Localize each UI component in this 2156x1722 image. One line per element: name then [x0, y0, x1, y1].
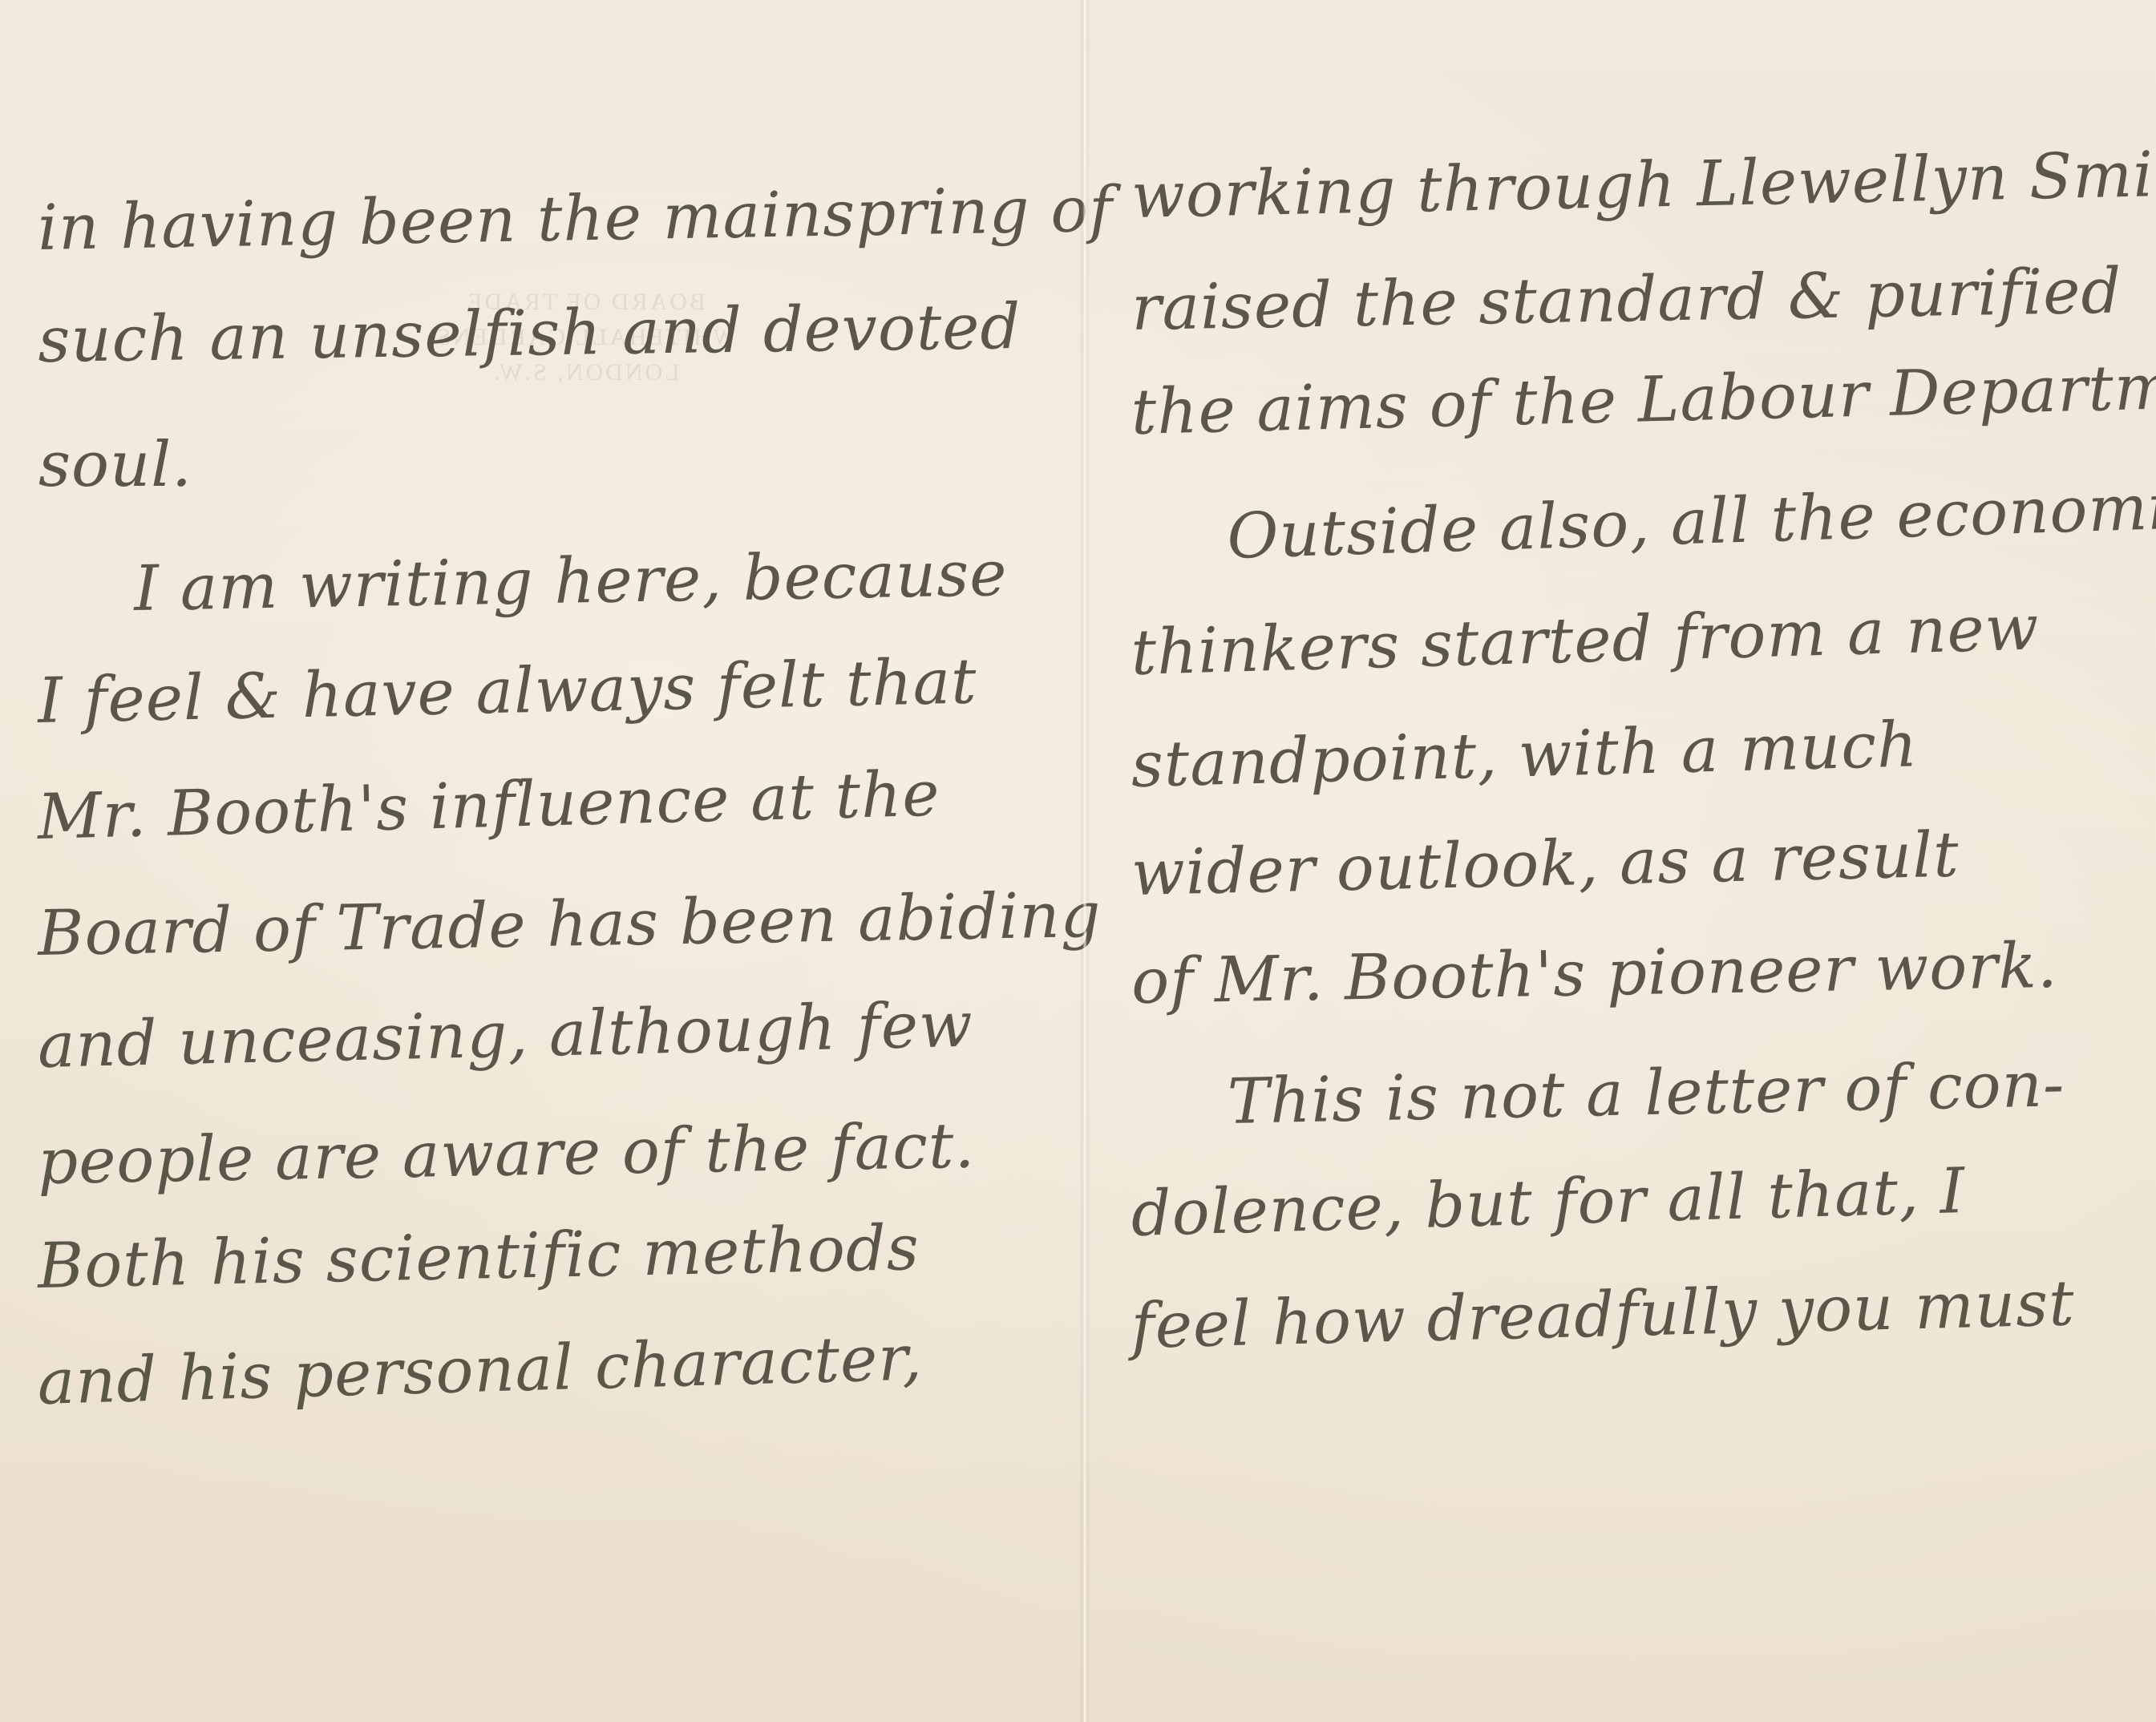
handwritten-line: I feel & have always felt that [37, 645, 977, 738]
handwritten-line: raised the standard & purified [1131, 255, 2122, 345]
handwritten-line: Outside also, all the economic [1226, 471, 2156, 573]
handwritten-line: working through Llewellyn Smith, [1131, 137, 2156, 232]
handwritten-line: in having been the mainspring of [37, 174, 1114, 265]
right-page: working through Llewellyn Smith, raised … [1084, 0, 2156, 1722]
handwritten-line: wider outlook, as a result [1131, 819, 1960, 910]
handwritten-line: soul. [38, 429, 192, 501]
handwritten-line: This is not a letter of con- [1227, 1049, 2065, 1138]
handwritten-line: people are aware of the fact. [37, 1110, 975, 1199]
left-page: BOARD OF TRADE WHITEHALL GARDENS LONDON,… [0, 0, 1084, 1722]
handwritten-line: feel how dreadfully you must [1131, 1267, 2076, 1363]
handwritten-line: such an unselfish and devoted [38, 291, 1021, 377]
handwritten-line: thinkers started from a new [1130, 592, 2040, 689]
handwritten-line: I am writing here, because [133, 538, 1008, 625]
handwritten-line: Both his scientific methods [37, 1212, 920, 1303]
handwritten-line: Mr. Booth's influence at the [37, 758, 941, 854]
handwritten-line: and his personal character, [36, 1322, 923, 1419]
handwritten-line: and unceasing, although few [37, 989, 974, 1082]
handwritten-line: Board of Trade has been abiding [37, 879, 1102, 970]
handwritten-line: the aims of the Labour Department. [1131, 348, 2156, 449]
handwritten-line: of Mr. Booth's pioneer work. [1131, 930, 2058, 1018]
handwritten-line: standpoint, with a much [1131, 709, 1919, 802]
handwritten-line: dolence, but for all that, I [1130, 1155, 1966, 1251]
center-fold [1079, 0, 1090, 1722]
letter-spread: BOARD OF TRADE WHITEHALL GARDENS LONDON,… [0, 0, 2156, 1722]
